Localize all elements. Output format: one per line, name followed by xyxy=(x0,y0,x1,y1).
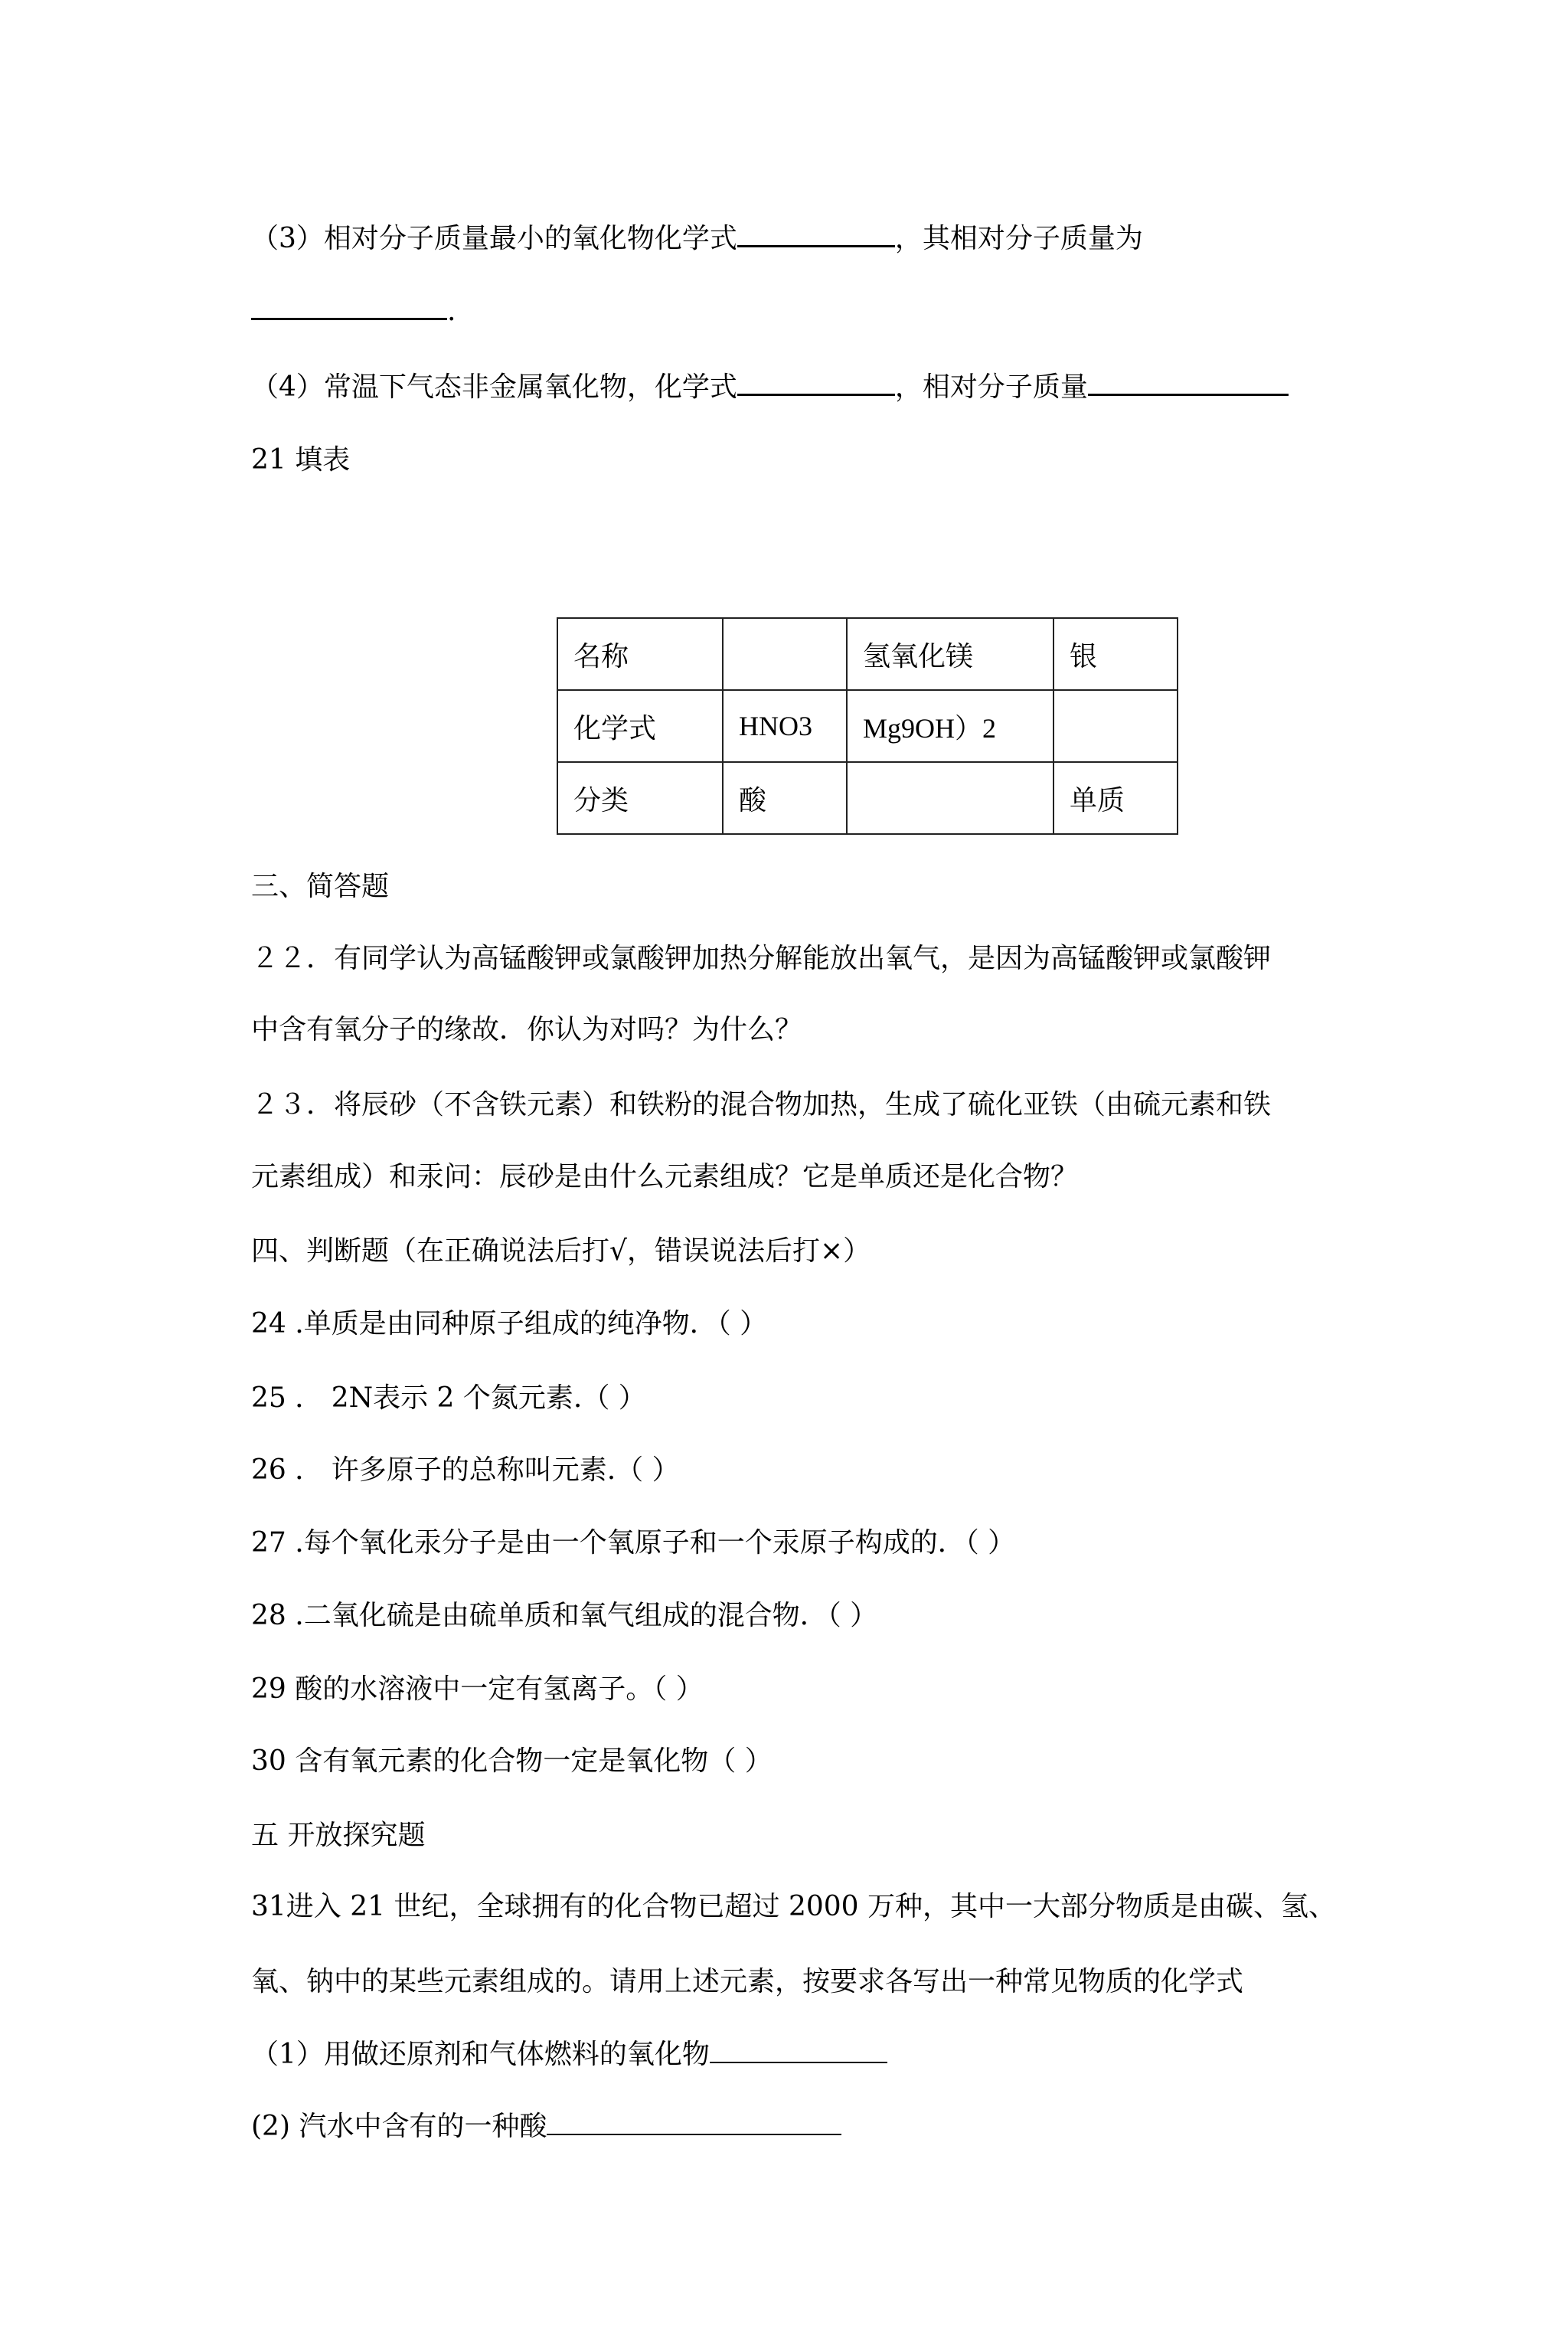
table-cell: 单质 xyxy=(1053,762,1178,834)
q20-item4-mid: ，相对分子质量 xyxy=(895,371,1088,403)
q31-sub2-text: (2) 汽水中含有的一种酸 xyxy=(251,2111,547,2142)
table-cell-blank[interactable] xyxy=(1053,690,1178,762)
q22-line2: 中含有氧分子的缘故．你认为对吗？为什么？ xyxy=(251,1013,802,1047)
q20-item3-text: （3）相对分子质量最小的氧化物化学式 xyxy=(251,223,737,254)
table-row: 名称 氢氧化镁 银 xyxy=(557,618,1178,690)
q20-item4: （4）常温下气态非金属氧化物，化学式，相对分子质量 xyxy=(251,371,1289,404)
table-cell: Mg9OH）2 xyxy=(847,690,1053,762)
answer-blank[interactable] xyxy=(737,371,895,396)
table-cell: 化学式 xyxy=(557,690,723,762)
judge-item-26: 26 ． 许多原子的总称叫元素.（ ） xyxy=(251,1454,680,1487)
table-row: 化学式 HNO3 Mg9OH）2 xyxy=(557,690,1178,762)
answer-blank[interactable] xyxy=(251,295,447,320)
q20-item4-text: （4）常温下气态非金属氧化物，化学式 xyxy=(251,371,737,403)
judge-item-25: 25 ． 2N表示 2 个氮元素.（ ） xyxy=(251,1382,646,1415)
judge-item-24: 24 .单质是由同种原子组成的纯净物．（ ） xyxy=(251,1307,767,1341)
section3-title: 三、简答题 xyxy=(251,870,389,904)
table-cell-blank[interactable] xyxy=(847,762,1053,834)
table-cell: 名称 xyxy=(557,618,723,690)
q31-sub1: （1）用做还原剂和气体燃料的氧化物 xyxy=(251,2038,887,2072)
q20-item3-continued: . xyxy=(251,295,456,329)
q31-sub1-text: （1）用做还原剂和气体燃料的氧化物 xyxy=(251,2039,710,2070)
answer-blank[interactable] xyxy=(710,2039,887,2063)
fill-in-table: 名称 氢氧化镁 银 化学式 HNO3 Mg9OH）2 分类 酸 单质 xyxy=(557,617,1178,835)
answer-blank[interactable] xyxy=(547,2111,841,2135)
answer-blank[interactable] xyxy=(737,222,895,247)
q23-line2: 元素组成）和汞问：辰砂是由什么元素组成？它是单质还是化合物？ xyxy=(251,1160,1078,1194)
q31-line1: 31进入 21 世纪，全球拥有的化合物已超过 2000 万种，其中一大部分物质是… xyxy=(251,1890,1336,1924)
section4-title: 四、判断题（在正确说法后打√，错误说法后打×） xyxy=(251,1235,871,1268)
q22-line1: ２２．有同学认为高锰酸钾或氯酸钾加热分解能放出氧气，是因为高锰酸钾或氯酸钾 xyxy=(251,942,1271,976)
table-cell-blank[interactable] xyxy=(723,618,847,690)
table-row: 分类 酸 单质 xyxy=(557,762,1178,834)
q23-line1: ２３．将辰砂（不含铁元素）和铁粉的混合物加热，生成了硫化亚铁（由硫元素和铁 xyxy=(251,1088,1271,1122)
q20-item3: （3）相对分子质量最小的氧化物化学式，其相对分子质量为 xyxy=(251,222,1143,256)
q31-sub2: (2) 汽水中含有的一种酸 xyxy=(251,2110,841,2144)
q20-item3-mid: ，其相对分子质量为 xyxy=(895,223,1143,254)
judge-item-28: 28 .二氧化硫是由硫单质和氧气组成的混合物．（ ） xyxy=(251,1599,877,1633)
section5-title: 五 开放探究题 xyxy=(251,1819,425,1853)
answer-blank[interactable] xyxy=(1088,371,1289,396)
table-cell: 氢氧化镁 xyxy=(847,618,1053,690)
judge-item-27: 27 .每个氧化汞分子是由一个氧原子和一个汞原子构成的．（ ） xyxy=(251,1526,1015,1560)
table-cell: 酸 xyxy=(723,762,847,834)
q21-title: 21 填表 xyxy=(251,443,350,477)
table-cell: HNO3 xyxy=(723,690,847,762)
q20-item3-end: . xyxy=(447,296,456,327)
q31-line2: 氧、钠中的某些元素组成的。请用上述元素，按要求各写出一种常见物质的化学式 xyxy=(251,1965,1243,1999)
judge-item-29: 29 酸的水溶液中一定有氢离子。（ ） xyxy=(251,1673,704,1706)
table-cell: 银 xyxy=(1053,618,1178,690)
table-cell: 分类 xyxy=(557,762,723,834)
judge-item-30: 30 含有氧元素的化合物一定是氧化物（ ） xyxy=(251,1745,773,1778)
